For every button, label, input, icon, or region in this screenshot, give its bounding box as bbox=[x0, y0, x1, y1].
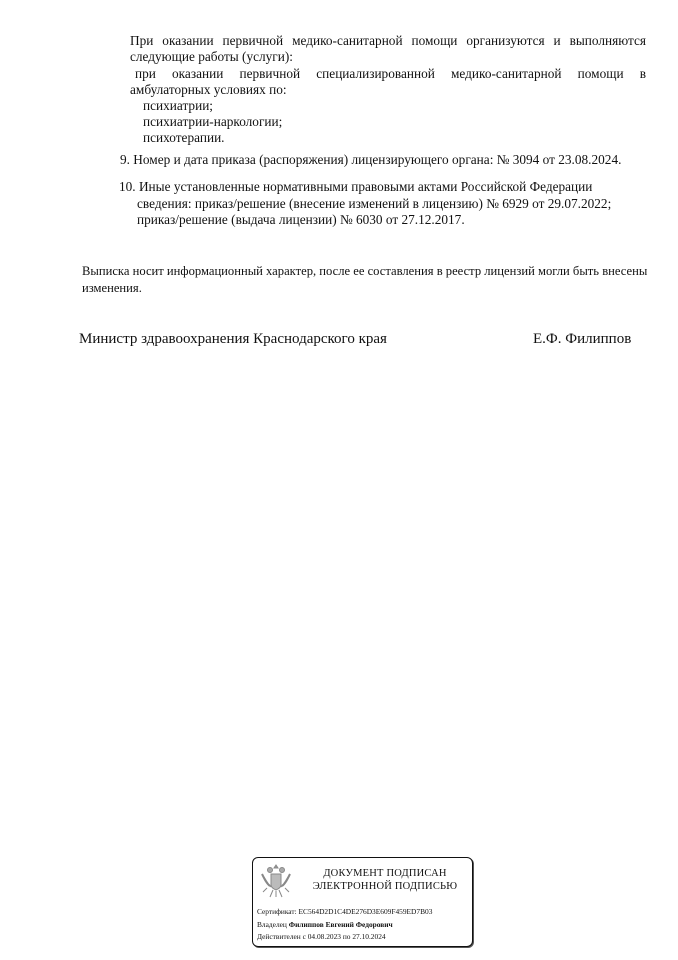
owner-value: Филиппов Евгений Федорович bbox=[289, 920, 393, 929]
certificate-value: EC564D2D1C4DE276D3E609F459ED7B03 bbox=[299, 907, 433, 916]
item-10: 10. Иные установленные нормативными прав… bbox=[119, 179, 611, 229]
certificate-label: Сертификат: bbox=[257, 907, 297, 916]
stamp-owner: Владелец Филиппов Евгений Федорович bbox=[257, 920, 393, 929]
signer-name: Е.Ф. Филиппов bbox=[533, 331, 631, 348]
item-9: 9. Номер и дата приказа (распоряжения) л… bbox=[120, 152, 621, 169]
stamp-title-line2: ЭЛЕКТРОННОЙ ПОДПИСЬЮ bbox=[305, 880, 465, 893]
stamp-certificate: Сертификат: EC564D2D1C4DE276D3E609F459ED… bbox=[257, 907, 432, 916]
item-9-text: 9. Номер и дата приказа (распоряжения) л… bbox=[120, 152, 621, 167]
services-intro: При оказании первичной медико-санитарной… bbox=[130, 33, 646, 65]
owner-label: Владелец bbox=[257, 920, 287, 929]
services-subhead: при оказании первичной специализированно… bbox=[130, 66, 646, 98]
item-10-line1: 10. Иные установленные нормативными прав… bbox=[119, 179, 611, 196]
item-10-line3: приказ/решение (выдача лицензии) № 6030 … bbox=[119, 212, 611, 229]
services-intro-text: При оказании первичной медико-санитарной… bbox=[130, 33, 646, 64]
stamp-validity: Действителен с 04.08.2023 по 27.10.2024 bbox=[257, 932, 386, 941]
stamp-title-line1: ДОКУМЕНТ ПОДПИСАН bbox=[305, 867, 465, 880]
services-list: психиатрии; психиатрии-наркологии; психо… bbox=[143, 98, 282, 147]
stamp-title: ДОКУМЕНТ ПОДПИСАН ЭЛЕКТРОННОЙ ПОДПИСЬЮ bbox=[305, 867, 465, 893]
service-item: психиатрии; bbox=[143, 98, 282, 114]
coat-of-arms-icon bbox=[259, 862, 293, 900]
signer-name-text: Е.Ф. Филиппов bbox=[533, 331, 631, 347]
e-signature-stamp: ДОКУМЕНТ ПОДПИСАН ЭЛЕКТРОННОЙ ПОДПИСЬЮ С… bbox=[252, 857, 473, 947]
validity-text: Действителен с 04.08.2023 по 27.10.2024 bbox=[257, 932, 386, 941]
disclaimer-note: Выписка носит информационный характер, п… bbox=[82, 263, 648, 297]
item-10-line2: сведения: приказ/решение (внесение измен… bbox=[119, 196, 611, 213]
disclaimer-text: Выписка носит информационный характер, п… bbox=[82, 264, 647, 295]
service-item: психиатрии-наркологии; bbox=[143, 114, 282, 130]
service-item: психотерапии. bbox=[143, 130, 282, 146]
signer-position: Министр здравоохранения Краснодарского к… bbox=[79, 331, 387, 348]
services-subhead-text: при оказании первичной специализированно… bbox=[130, 66, 646, 97]
signer-position-text: Министр здравоохранения Краснодарского к… bbox=[79, 331, 387, 347]
